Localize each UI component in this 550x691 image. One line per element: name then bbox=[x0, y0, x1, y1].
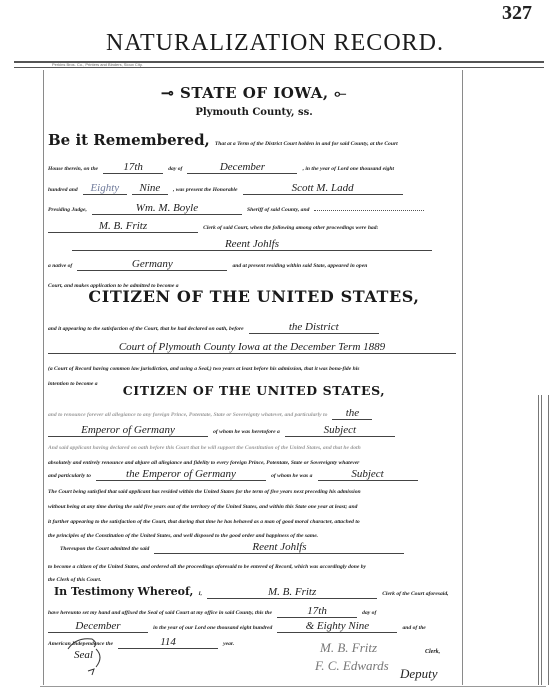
intro-line-7: a native of Germany and at present resid… bbox=[48, 252, 460, 271]
blank-line bbox=[314, 210, 424, 211]
printed-text: Clerk of said Court, when the following … bbox=[203, 225, 378, 231]
renunciation-line-10: Thereupon the Court admitted the said Re… bbox=[48, 535, 472, 554]
printed-text: Thereupon the Court admitted the said bbox=[60, 546, 149, 552]
county-heading: Plymouth County, ss. bbox=[48, 107, 460, 118]
judge-name-field: Scott M. Ladd bbox=[243, 182, 403, 195]
applicant-name-field: Reent Johlfs bbox=[72, 238, 432, 251]
printed-text: year. bbox=[223, 641, 234, 647]
court-day-field: 17th bbox=[103, 161, 163, 174]
declaration-court-field-2: Court of Plymouth County Iowa at the Dec… bbox=[48, 341, 456, 354]
intro-line-1: Be it Remembered, That at a Term of the … bbox=[48, 130, 460, 149]
header-rule-bottom bbox=[14, 67, 544, 68]
intro-line-3: hundred and Eighty Nine , was present th… bbox=[48, 176, 460, 195]
printed-text: and it appearing to the satisfaction of … bbox=[48, 326, 244, 332]
citizen-heading-1: CITIZEN OF THE UNITED STATES, bbox=[48, 287, 460, 306]
intro-line-4: Presiding Judge, Wm. M. Boyle Sheriff of… bbox=[48, 196, 460, 215]
intro-text: That at a Term of the District Court hol… bbox=[215, 141, 398, 147]
deputy-signature: F. C. Edwards bbox=[315, 658, 389, 674]
printed-text: Clerk of the Court aforesaid, bbox=[382, 591, 448, 597]
declaration-court-field-1: the District bbox=[249, 321, 379, 334]
printer-imprint: Perkins Bros. Co., Printers and Binders,… bbox=[52, 62, 143, 67]
intro-line-6: Reent Johlfs bbox=[48, 232, 484, 251]
native-country-field: Germany bbox=[77, 258, 227, 271]
printed-text: hundred and bbox=[48, 187, 78, 193]
printed-text: Sheriff of said County, and bbox=[247, 207, 309, 213]
court-month-field: December bbox=[187, 161, 297, 174]
testimony-clerk-field: M. B. Fritz bbox=[207, 586, 377, 599]
declaration-line-1: and it appearing to the satisfaction of … bbox=[48, 315, 460, 334]
be-it-remembered-heading: Be it Remembered, bbox=[48, 131, 210, 149]
printed-text: House therein, on the bbox=[48, 166, 98, 172]
state-name: STATE OF IOWA, bbox=[180, 84, 329, 102]
adjacent-page-edge bbox=[536, 395, 550, 685]
form-bottom-rule bbox=[40, 686, 546, 687]
state-heading: ⊸ STATE OF IOWA, ⟜ bbox=[48, 84, 460, 102]
seal-label: Seal bbox=[74, 649, 93, 661]
page-number: 327 bbox=[502, 2, 532, 25]
printed-text: day of bbox=[168, 166, 182, 172]
clerk-label: Clerk, bbox=[425, 649, 440, 655]
declaration-line-2: Court of Plymouth County Iowa at the Dec… bbox=[48, 335, 460, 354]
clerk-signature: M. B. Fritz bbox=[320, 640, 377, 656]
citizen-heading-2: CITIZEN OF THE UNITED STATES, bbox=[48, 383, 460, 398]
printed-text: , in the year of Lord one thousand eight bbox=[303, 166, 395, 172]
record-title: NATURALIZATION RECORD. bbox=[0, 30, 550, 57]
in-testimony-whereof-heading: In Testimony Whereof, bbox=[54, 585, 193, 598]
printed-text: Presiding Judge, bbox=[48, 207, 87, 213]
printed-text: , was present the Honorable bbox=[173, 187, 238, 193]
court-seal: Seal bbox=[62, 635, 112, 677]
testimony-line-1: In Testimony Whereof, I, M. B. Fritz Cle… bbox=[48, 580, 466, 599]
ornament-right-icon: ⟜ bbox=[334, 84, 347, 102]
deputy-label: Deputy bbox=[400, 666, 438, 682]
intro-line-2: House therein, on the 17th day of Decemb… bbox=[48, 155, 460, 174]
intro-line-5: M. B. Fritz Clerk of said Court, when th… bbox=[48, 214, 460, 233]
year-words-field-1: Eighty bbox=[83, 182, 127, 195]
independence-year-field: 114 bbox=[118, 636, 218, 649]
ornament-left-icon: ⊸ bbox=[161, 84, 174, 102]
printed-text: a native of bbox=[48, 263, 72, 269]
printed-text: I, bbox=[198, 591, 202, 597]
printed-text: and at present residing within said Stat… bbox=[232, 263, 367, 269]
year-words-field-2: Nine bbox=[132, 182, 168, 195]
